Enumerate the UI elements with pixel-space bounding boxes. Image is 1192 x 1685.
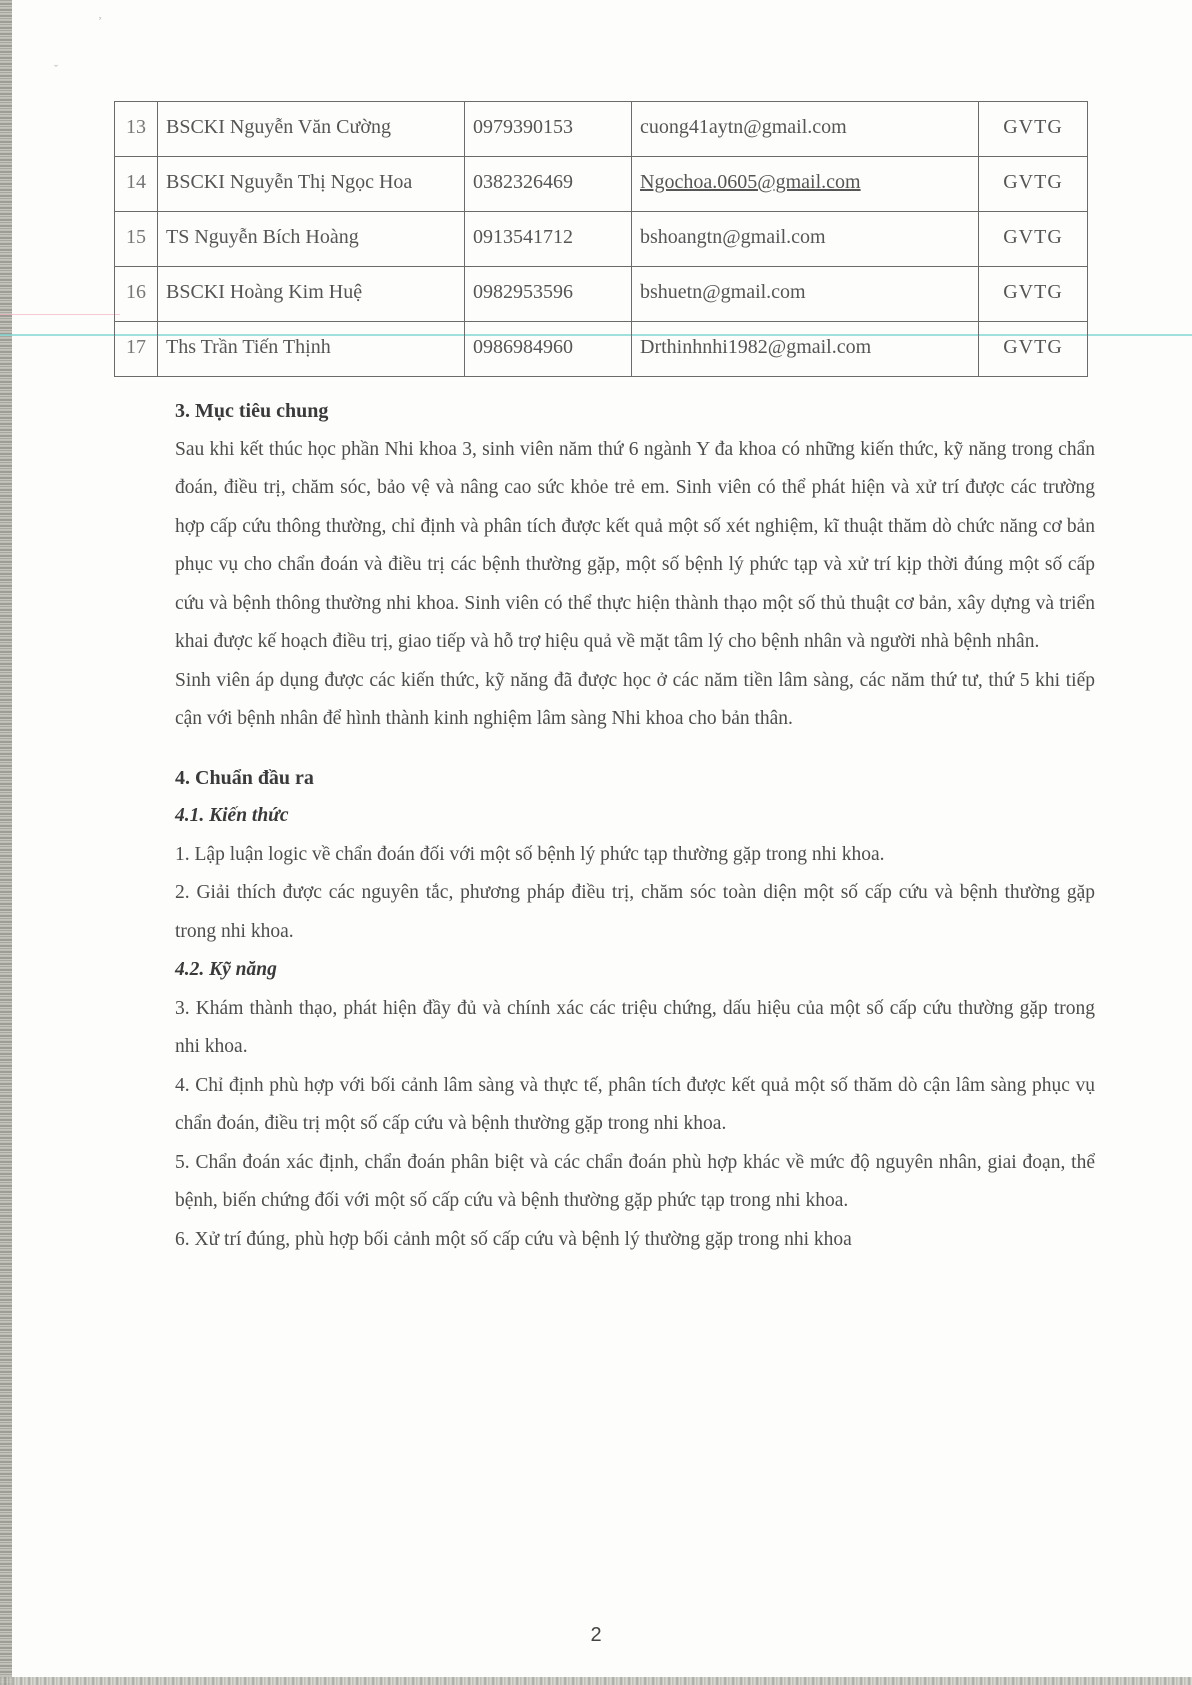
outcome-item: 4. Chỉ định phù hợp với bối cảnh lâm sàn… (175, 1067, 1095, 1144)
outcome-item: 5. Chẩn đoán xác định, chẩn đoán phân bi… (175, 1144, 1095, 1221)
section-3-paragraph: Sau khi kết thúc học phần Nhi khoa 3, si… (175, 431, 1095, 662)
section-4-2-heading: 4.2. Kỹ năng (175, 951, 1095, 990)
staff-table: 13 BSCKI Nguyễn Văn Cường 0979390153 cuo… (114, 101, 1088, 377)
staff-phone: 0982953596 (465, 267, 632, 322)
row-number: 14 (115, 157, 158, 212)
staff-email: Ngochoa.0605@gmail.com (632, 157, 979, 212)
table-row: 14 BSCKI Nguyễn Thị Ngọc Hoa 0382326469 … (115, 157, 1088, 212)
section-3-paragraph: Sinh viên áp dụng được các kiến thức, kỹ… (175, 662, 1095, 739)
scan-bottom-artifact (0, 1677, 1192, 1685)
outcome-item: 2. Giải thích được các nguyên tắc, phươn… (175, 874, 1095, 951)
row-number: 17 (115, 322, 158, 377)
page-number: 2 (0, 1624, 1192, 1647)
table-row: 16 BSCKI Hoàng Kim Huệ 0982953596 bshuet… (115, 267, 1088, 322)
staff-name: Ths Trần Tiến Thịnh (158, 322, 465, 377)
scan-speck: ˇ (54, 62, 58, 77)
document-body: 3. Mục tiêu chung Sau khi kết thúc học p… (175, 392, 1095, 1259)
staff-email: cuong41aytn@gmail.com (632, 102, 979, 157)
email-link[interactable]: Ngochoa.0605@gmail.com (640, 171, 861, 193)
table-row: 15 TS Nguyễn Bích Hoàng 0913541712 bshoa… (115, 212, 1088, 267)
staff-phone: 0913541712 (465, 212, 632, 267)
spacer (175, 739, 1095, 759)
outcome-item: 6. Xử trí đúng, phù hợp bối cảnh một số … (175, 1221, 1095, 1260)
staff-role: GVTG (979, 322, 1088, 377)
scan-speck: ʼ (98, 14, 102, 29)
outcome-item: 1. Lập luận logic về chẩn đoán đối với m… (175, 836, 1095, 875)
staff-role: GVTG (979, 102, 1088, 157)
section-4-heading: 4. Chuẩn đầu ra (175, 759, 1095, 798)
staff-phone: 0979390153 (465, 102, 632, 157)
staff-email: bshuetn@gmail.com (632, 267, 979, 322)
outcome-item: 3. Khám thành thạo, phát hiện đầy đủ và … (175, 990, 1095, 1067)
staff-role: GVTG (979, 157, 1088, 212)
table-row: 17 Ths Trần Tiến Thịnh 0986984960 Drthin… (115, 322, 1088, 377)
section-3-heading: 3. Mục tiêu chung (175, 392, 1095, 431)
staff-phone: 0382326469 (465, 157, 632, 212)
row-number: 16 (115, 267, 158, 322)
staff-name: BSCKI Hoàng Kim Huệ (158, 267, 465, 322)
row-number: 15 (115, 212, 158, 267)
staff-role: GVTG (979, 267, 1088, 322)
staff-name: BSCKI Nguyễn Văn Cường (158, 102, 465, 157)
scan-line-artifact-pink (0, 314, 120, 315)
table-row: 13 BSCKI Nguyễn Văn Cường 0979390153 cuo… (115, 102, 1088, 157)
staff-email: Drthinhnhi1982@gmail.com (632, 322, 979, 377)
staff-name: BSCKI Nguyễn Thị Ngọc Hoa (158, 157, 465, 212)
staff-role: GVTG (979, 212, 1088, 267)
staff-email: bshoangtn@gmail.com (632, 212, 979, 267)
section-4-1-heading: 4.1. Kiến thức (175, 797, 1095, 836)
staff-phone: 0986984960 (465, 322, 632, 377)
staff-name: TS Nguyễn Bích Hoàng (158, 212, 465, 267)
row-number: 13 (115, 102, 158, 157)
scan-edge-artifact (0, 0, 12, 1685)
